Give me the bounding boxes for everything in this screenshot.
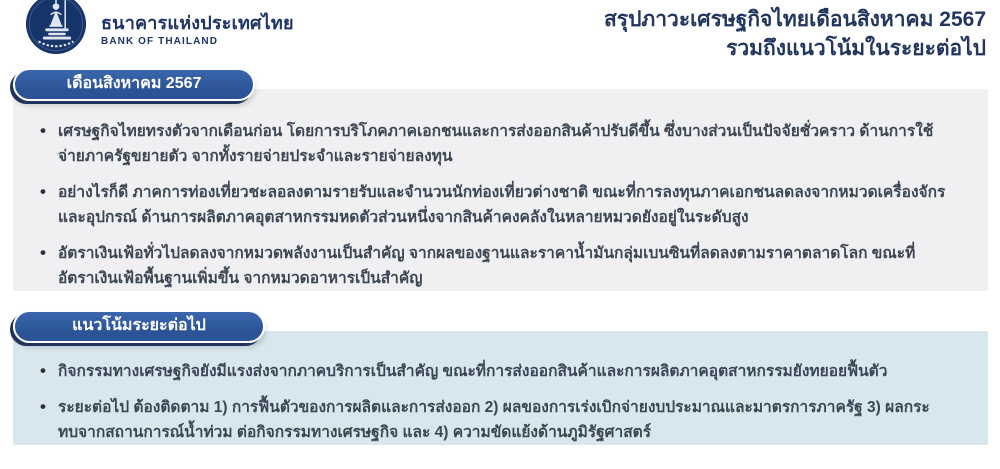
section-outlook: แนวโน้มระยะต่อไป กิจกรรมทางเศรษฐกิจยังมี… (13, 310, 988, 456)
bot-seal-icon (25, 0, 87, 55)
section-august-2024: เดือนสิงหาคม 2567 เศรษฐกิจไทยทรงตัวจากเด… (13, 68, 988, 302)
section-panel-august: เศรษฐกิจไทยทรงตัวจากเดือนก่อน โดยการบริโ… (13, 89, 988, 291)
page-title-line2: รวมถึงแนวโน้มในระยะต่อไป (604, 34, 986, 63)
section-header-outlook: แนวโน้มระยะต่อไป (13, 310, 265, 343)
page-title: สรุปภาวะเศรษฐกิจไทยเดือนสิงหาคม 2567 รวม… (604, 5, 986, 63)
bullet-item: อย่างไรก็ดี ภาคการท่องเที่ยวชะลอลงตามราย… (38, 180, 948, 230)
brand-name-english: BANK OF THAILAND (101, 36, 294, 47)
bullet-list-august: เศรษฐกิจไทยทรงตัวจากเดือนก่อน โดยการบริโ… (38, 119, 948, 291)
bullet-item: เศรษฐกิจไทยทรงตัวจากเดือนก่อน โดยการบริโ… (38, 119, 948, 169)
bullet-item: กิจกรรมทางเศรษฐกิจยังมีแรงส่งจากภาคบริกา… (38, 359, 948, 384)
brand-name-thai: ธนาคารแห่งประเทศไทย (101, 12, 294, 34)
section-panel-outlook: กิจกรรมทางเศรษฐกิจยังมีแรงส่งจากภาคบริกา… (13, 331, 988, 445)
page-title-line1: สรุปภาวะเศรษฐกิจไทยเดือนสิงหาคม 2567 (604, 5, 986, 34)
brand-text: ธนาคารแห่งประเทศไทย BANK OF THAILAND (101, 2, 294, 47)
section-header-august: เดือนสิงหาคม 2567 (13, 68, 255, 101)
bullet-list-outlook: กิจกรรมทางเศรษฐกิจยังมีแรงส่งจากภาคบริกา… (38, 359, 948, 445)
brand-header: ธนาคารแห่งประเทศไทย BANK OF THAILAND (25, 0, 294, 55)
bullet-item: อัตราเงินเฟ้อทั่วไปลดลงจากหมวดพลังงานเป็… (38, 241, 948, 291)
bullet-item: ระยะต่อไป ต้องติดตาม 1) การฟื้นตัวของการ… (38, 395, 948, 445)
